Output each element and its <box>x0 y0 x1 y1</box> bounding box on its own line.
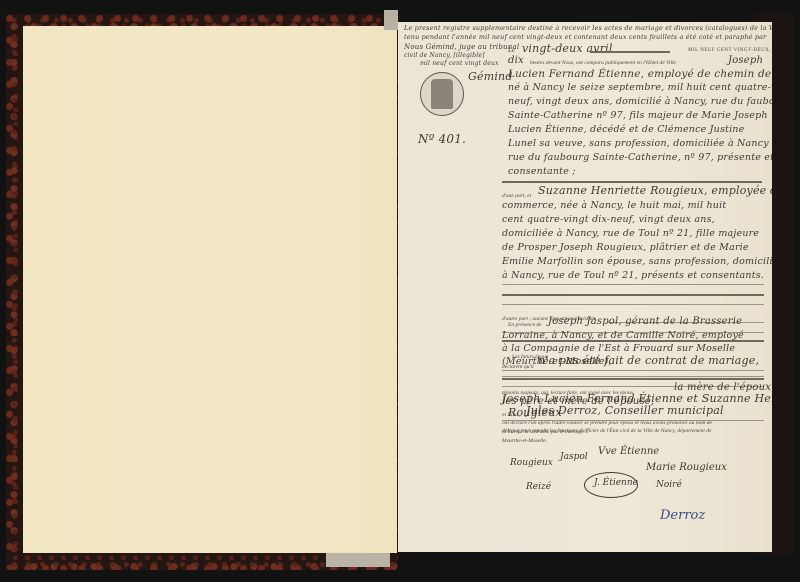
groom-line: neuf, vingt deux ans, domicilié à Nancy,… <box>508 96 772 107</box>
witnesses-line: Lorraine, à Nancy, et de Camille Noiré, … <box>502 330 744 341</box>
groom-line: Sainte-Catherine nº 97, fils majeur de M… <box>508 110 768 121</box>
bride-line: cent quatre-vingt dix-neuf, vingt deux a… <box>502 214 715 225</box>
date-printed-year: MIL NEUF CENT VINGT-DEUX, <box>688 48 771 53</box>
register-page-lower: En présence de Joseph Jaspol, gérant de … <box>398 300 772 552</box>
blank-rule <box>502 284 764 285</box>
signature: Noiré <box>656 480 682 490</box>
blank-rule <box>502 420 764 421</box>
section-rule <box>502 181 762 183</box>
bride-line: de Prosper Joseph Rougieux, plâtrier et … <box>502 242 749 253</box>
signature: Marie Rougieux <box>646 462 727 473</box>
delegation-line: délégué pour remplir les fonctions d'off… <box>502 428 711 434</box>
groom-line: rue du faubourg Sainte-Catherine, nº 97,… <box>508 152 772 163</box>
book-spread: Le present registre supplementaire desti… <box>0 0 800 582</box>
republique-francaise-stamp <box>420 72 464 116</box>
signature: Jaspol <box>560 452 588 462</box>
margin-note-line-2: civil de Nancy, [illegible] <box>404 52 485 59</box>
signature: J. Étienne <box>594 478 638 488</box>
act-number: Nº 401. <box>418 132 466 146</box>
groom-line: Lucien Étienne, décédé et de Clémence Ju… <box>508 124 744 135</box>
witnesses-printed: En présence de <box>508 322 542 328</box>
blank-rule <box>502 370 764 371</box>
officer-name: Jules Derroz, Conseiller municipal <box>526 404 724 417</box>
margin-note-line-1: Nous Gémind, juge au tribunal <box>404 43 519 51</box>
spine-cloth-bottom <box>326 553 390 567</box>
left-page-blank <box>23 26 397 553</box>
signature: Rougieux <box>510 458 553 468</box>
signature: Reizé <box>526 482 551 492</box>
groom-line: consentante ; <box>508 166 576 177</box>
bride-line: Emilie Marfollin son épouse, sans profes… <box>502 256 772 267</box>
date-rule <box>590 51 670 53</box>
groom-line: Lucien Fernand Étienne, employé de chemi… <box>508 68 772 80</box>
hour-handwritten: dix <box>508 55 524 66</box>
signature: Vve Étienne <box>598 446 659 457</box>
groom-line: né à Nancy le seize septembre, mil huit … <box>508 82 772 93</box>
bride-line: Suzanne Henriette Rougieux, employée de <box>538 184 772 197</box>
bride-line: à Nancy, rue de Toul nº 21, présents et … <box>502 270 764 281</box>
paraph-signature: Gémind <box>468 70 513 83</box>
blank-rule <box>502 294 764 296</box>
witnesses-line: (Meurthe-et-Moselle), <box>502 356 612 367</box>
closing-handwritten: la mère de l'époux, <box>674 382 774 393</box>
witnesses-line: Joseph Jaspol, gérant de la Brasserie <box>548 316 742 327</box>
blank-rule <box>502 378 764 380</box>
bride-line: commerce, née à Nancy, le huit mai, mil … <box>502 200 726 211</box>
header-note-line-2: tenu pendant l'année mil neuf cent vingt… <box>404 33 766 41</box>
officer-signature-blue: Derroz <box>660 508 705 523</box>
bride-line: domiciliée à Nancy, rue de Toul nº 21, f… <box>502 228 759 239</box>
marianne-figure-icon <box>431 79 453 109</box>
date-handwritten: vingt-deux avril <box>522 42 613 55</box>
date-prefix: Le <box>508 46 515 54</box>
hour-printed-text: heures devant Nous, ont comparu publique… <box>530 60 676 66</box>
closing-nous: et Nous, <box>502 412 520 418</box>
bride-prefix: d'une part, et <box>502 193 531 199</box>
header-note-line-1: Le present registre supplementaire desti… <box>404 24 772 32</box>
delegation-line: Meurthe-et-Moselle. <box>502 438 547 444</box>
groom-first-name-start: Joseph <box>728 55 763 66</box>
margin-note-line-3: mil neuf cent vingt deux <box>420 60 499 67</box>
spine-cloth-top <box>384 10 398 30</box>
groom-line: Lunel sa veuve, sans profession, domicil… <box>508 138 769 149</box>
witnesses-line: à la Compagnie de l'Est à Frouard sur Mo… <box>502 343 735 354</box>
